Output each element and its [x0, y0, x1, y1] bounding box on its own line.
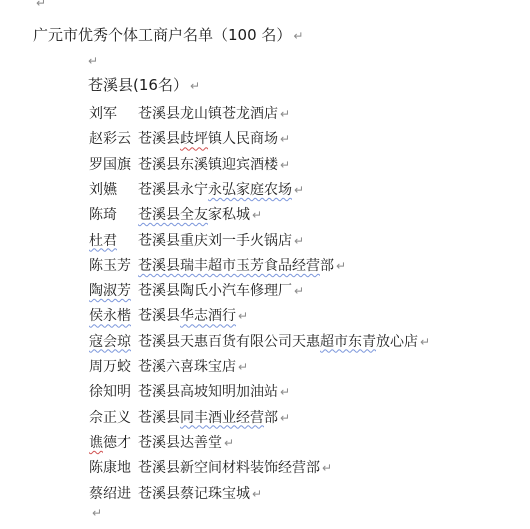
list-row: 陶淑芳苍溪县陶氏小汽车修理厂↵: [0, 281, 530, 306]
paragraph-mark-icon: ↵: [36, 0, 46, 10]
person-name: 杜君: [89, 231, 117, 251]
paragraph-mark-icon: ↵: [252, 487, 262, 501]
text-segment: 侯永楷: [89, 308, 131, 324]
paragraph-mark-icon: ↵: [322, 461, 332, 475]
person-name: 陈琦: [89, 205, 117, 225]
list-row: 刘军苍溪县龙山镇苍龙酒店↵: [0, 104, 530, 129]
section-heading: 苍溪县(16名）↵: [88, 76, 200, 96]
text-segment: 陈玉芳: [89, 258, 131, 274]
text-segment: 陈康地: [89, 460, 131, 476]
list-row: 佘正义苍溪县同丰酒业经营部↵: [0, 408, 530, 433]
business-name: 苍溪县蔡记珠宝城↵: [138, 484, 262, 504]
document-page: ↵ 广元市优秀个体工商户名单（100 名）↵ ↵ 苍溪县(16名）↵ 刘军苍溪县…: [0, 0, 530, 529]
business-name: 苍溪县歧坪镇人民商场↵: [138, 129, 290, 149]
list-row: 蔡绍进苍溪县蔡记珠宝城↵: [0, 484, 530, 509]
text-segment: 刘军: [89, 106, 117, 122]
section-heading-text: 苍溪县(16名）: [88, 76, 188, 94]
list-row: 陈琦苍溪县全友家私城↵: [0, 205, 530, 230]
text-segment: 佘正义: [89, 410, 131, 426]
list-row: 刘嬿苍溪县永宁永弘家庭农场↵: [0, 180, 530, 205]
text-segment: 陶淑芳: [89, 283, 131, 299]
business-name: 苍溪县天惠百货有限公司天惠超市东青放心店↵: [138, 332, 430, 352]
paragraph-mark-icon: ↵: [238, 309, 248, 323]
person-name: 佘正义: [89, 408, 131, 428]
list-row: 赵彩云苍溪县歧坪镇人民商场↵: [0, 129, 530, 154]
business-name: 苍溪县龙山镇苍龙酒店↵: [138, 104, 290, 124]
text-segment: 歧坪: [180, 131, 208, 147]
list-row: 陈玉芳苍溪县瑞丰超市玉芳食品经营部↵: [0, 256, 530, 281]
paragraph-mark-icon: ↵: [420, 335, 430, 349]
person-name: 刘嬿: [89, 180, 117, 200]
text-segment: 寇会琼: [89, 334, 131, 350]
paragraph-mark-icon: ↵: [294, 284, 304, 298]
text-segment: 苍溪县陶氏小汽车修理厂: [138, 283, 292, 299]
paragraph-mark-icon: ↵: [92, 506, 102, 520]
business-name: 苍溪县永宁永弘家庭农场↵: [138, 180, 304, 200]
text-segment: 苍溪县蔡记珠宝城: [138, 486, 250, 502]
text-segment: 苍溪县重庆刘一手火锅店: [138, 233, 292, 249]
text-segment: 家私城: [208, 207, 250, 223]
text-segment: 蔡绍进: [89, 486, 131, 502]
text-segment: 永弘家庭农场: [208, 182, 292, 198]
business-name: 苍溪县新空间材料装饰经营部↵: [138, 458, 332, 478]
person-name: 陶淑芳: [89, 281, 131, 301]
text-segment: 超市东青: [320, 334, 376, 350]
paragraph-mark-icon: ↵: [336, 259, 346, 273]
business-name: 苍溪县陶氏小汽车修理厂↵: [138, 281, 304, 301]
person-name: 蔡绍进: [89, 484, 131, 504]
text-segment: 德才: [103, 435, 131, 451]
text-segment: 杜君: [89, 233, 117, 249]
business-name: 苍溪县同丰酒业经营部↵: [138, 408, 290, 428]
business-name: 苍溪县重庆刘一手火锅店↵: [138, 231, 304, 251]
text-segment: 徐知明: [89, 384, 131, 400]
paragraph-mark-icon: ↵: [88, 54, 98, 68]
paragraph-mark-icon: ↵: [280, 107, 290, 121]
text-segment: 华志酒行: [180, 308, 236, 324]
paragraph-mark-icon: ↵: [238, 360, 248, 374]
person-name: 徐知明: [89, 382, 131, 402]
list-row: 寇会琼苍溪县天惠百货有限公司天惠超市东青放心店↵: [0, 332, 530, 357]
text-segment: 罗国旗: [89, 157, 131, 173]
paragraph-mark-icon: ↵: [294, 234, 304, 248]
text-segment: 赵彩云: [89, 131, 131, 147]
text-segment: 苍溪县高坡知明加油站: [138, 384, 278, 400]
text-segment: 镇人民商场: [208, 131, 278, 147]
page-title-text: 广元市优秀个体工商户名单（100 名）: [33, 26, 291, 44]
person-name: 刘军: [89, 104, 117, 124]
list-row: 侯永楷苍溪县华志酒行↵: [0, 306, 530, 331]
person-name: 侯永楷: [89, 306, 131, 326]
person-name: 陈玉芳: [89, 256, 131, 276]
person-name: 罗国旗: [89, 155, 131, 175]
paragraph-mark-icon: ↵: [293, 29, 303, 43]
page-title: 广元市优秀个体工商户名单（100 名）↵: [33, 26, 303, 46]
paragraph-mark-icon: ↵: [280, 132, 290, 146]
text-segment: 同丰酒业经营: [180, 410, 264, 426]
business-name: 苍溪县华志酒行↵: [138, 306, 248, 326]
paragraph-mark-icon: ↵: [294, 183, 304, 197]
text-segment: 苍溪县瑞丰超市玉芳: [138, 258, 264, 274]
text-segment: 苍溪县: [138, 410, 180, 426]
list-row: 杜君苍溪县重庆刘一手火锅店↵: [0, 231, 530, 256]
person-name: 赵彩云: [89, 129, 131, 149]
text-segment: 苍溪县永宁: [138, 182, 208, 198]
text-segment: 苍溪六喜珠宝店: [138, 359, 236, 375]
person-name: 周万蛟: [89, 357, 131, 377]
text-segment: 部: [264, 410, 278, 426]
text-segment: 刘嬿: [89, 182, 117, 198]
text-segment: 苍溪县东溪镇迎宾酒楼: [138, 157, 278, 173]
person-name: 谯德才: [89, 433, 131, 453]
text-segment: 食品经营: [264, 258, 320, 274]
text-segment: 苍溪县龙山镇苍龙酒店: [138, 106, 278, 122]
list-row: 徐知明苍溪县高坡知明加油站↵: [0, 382, 530, 407]
text-segment: 苍溪县: [138, 131, 180, 147]
text-segment: 周万蛟: [89, 359, 131, 375]
paragraph-mark-icon: ↵: [280, 411, 290, 425]
paragraph-mark-icon: ↵: [224, 436, 234, 450]
business-name: 苍溪县高坡知明加油站↵: [138, 382, 290, 402]
list-row: 周万蛟苍溪六喜珠宝店↵: [0, 357, 530, 382]
business-name: 苍溪县全友家私城↵: [138, 205, 262, 225]
list-row: 陈康地苍溪县新空间材料装饰经营部↵: [0, 458, 530, 483]
paragraph-mark-icon: ↵: [280, 158, 290, 172]
person-name: 陈康地: [89, 458, 131, 478]
text-segment: 苍溪县天惠百货有限公司天惠: [138, 334, 320, 350]
business-name: 苍溪六喜珠宝店↵: [138, 357, 248, 377]
text-segment: 苍溪县: [138, 308, 180, 324]
business-name: 苍溪县达善堂↵: [138, 433, 234, 453]
list-row: 罗国旗苍溪县东溪镇迎宾酒楼↵: [0, 155, 530, 180]
text-segment: 苍溪县新空间材料装饰经营部: [138, 460, 320, 476]
text-segment: 陈琦: [89, 207, 117, 223]
paragraph-mark-icon: ↵: [280, 385, 290, 399]
text-segment: 部: [320, 258, 334, 274]
paragraph-mark-icon: ↵: [252, 208, 262, 222]
business-name: 苍溪县东溪镇迎宾酒楼↵: [138, 155, 290, 175]
text-segment: 放心店: [376, 334, 418, 350]
paragraph-mark-icon: ↵: [190, 79, 200, 93]
list-row: 谯德才苍溪县达善堂↵: [0, 433, 530, 458]
business-name: 苍溪县瑞丰超市玉芳食品经营部↵: [138, 256, 346, 276]
text-segment: 谯: [89, 435, 103, 451]
text-segment: 苍溪县全友: [138, 207, 208, 223]
text-segment: 苍溪县达善堂: [138, 435, 222, 451]
person-name: 寇会琼: [89, 332, 131, 352]
